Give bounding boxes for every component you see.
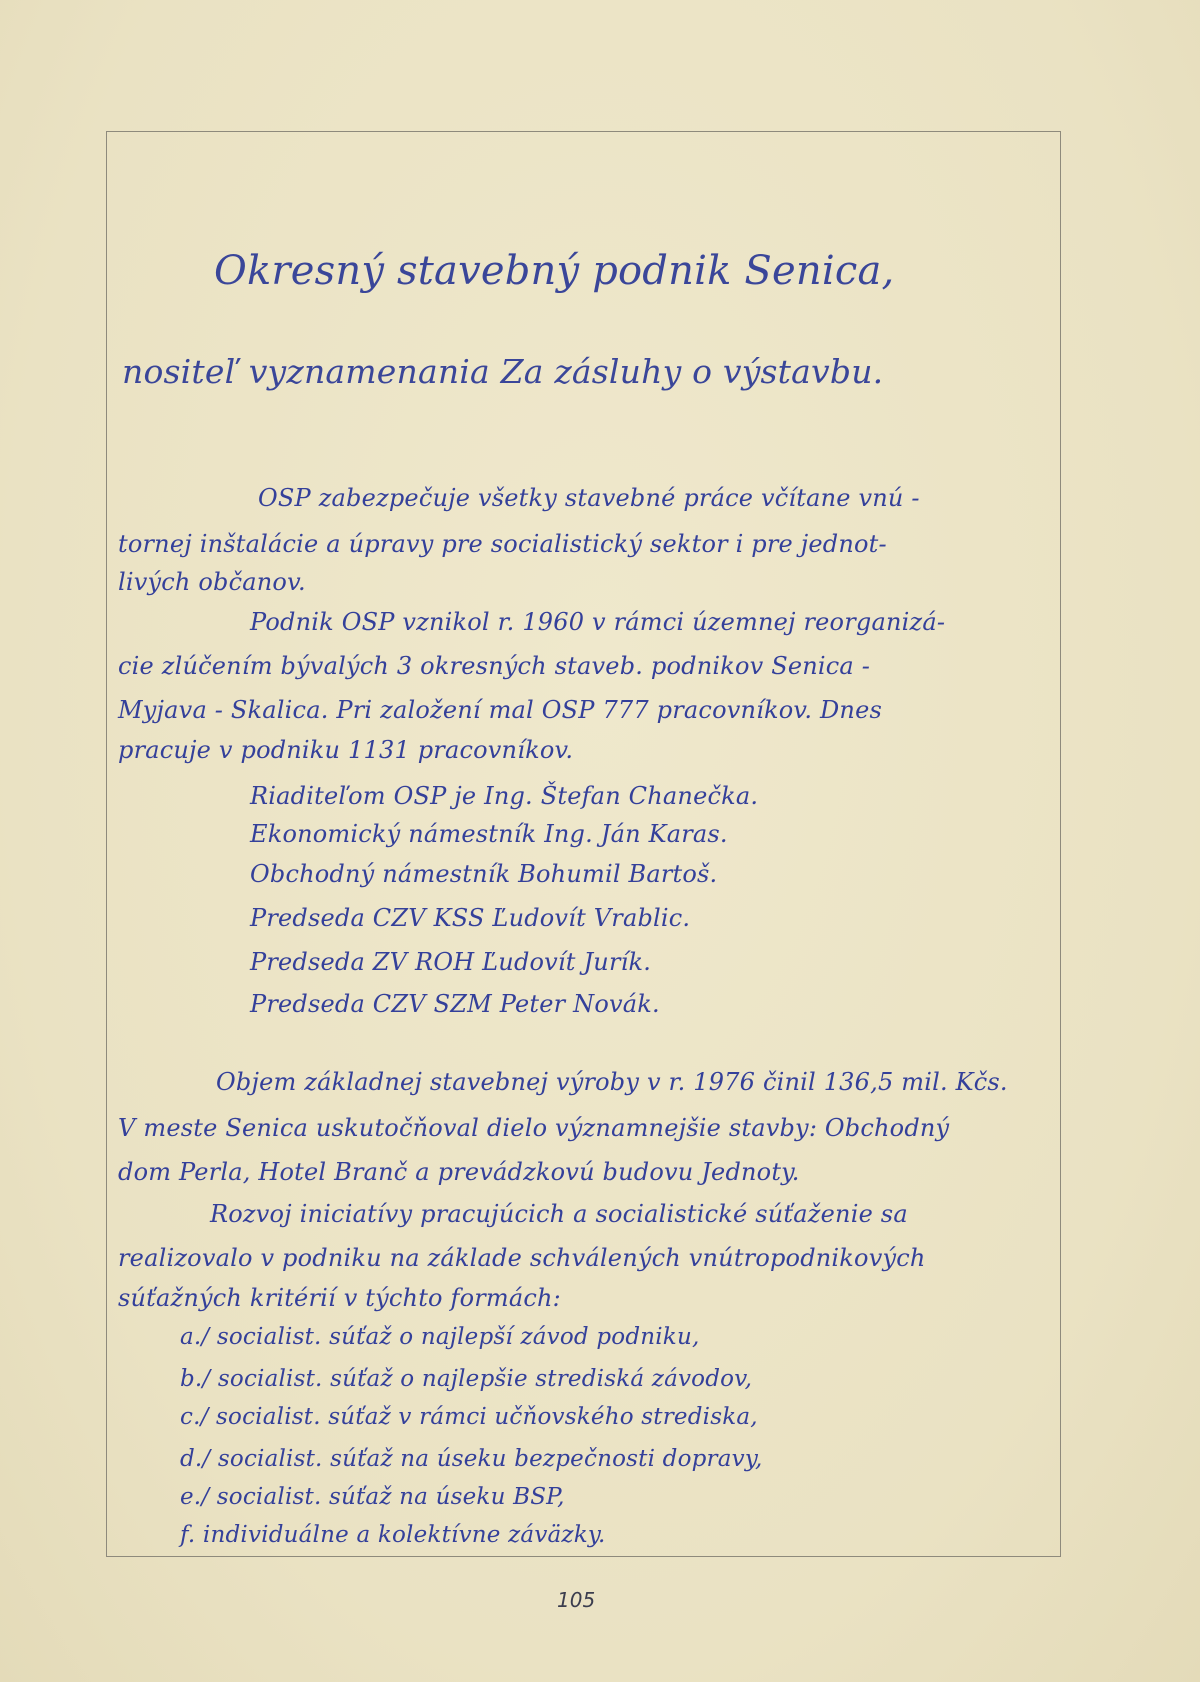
list-item: c./ socialist. súťaž v rámci učňovského …: [180, 1404, 758, 1430]
list-item: a./ socialist. súťaž o najlepší závod po…: [180, 1324, 699, 1350]
official-line: Ekonomický námestník Ing. Ján Karas.: [250, 820, 728, 848]
document-title: Okresný stavebný podnik Senica,: [214, 248, 894, 294]
list-item: d./ socialist. súťaž na úseku bezpečnost…: [180, 1446, 762, 1472]
document-subtitle: nositeľ vyznamenania Za zásluhy o výstav…: [122, 352, 883, 391]
paragraph4-line: realizovalo v podniku na základe schvále…: [118, 1244, 926, 1272]
list-item: f. individuálne a kolektívne záväzky.: [180, 1522, 606, 1548]
paragraph2-line: Podnik OSP vznikol r. 1960 v rámci územn…: [250, 608, 945, 636]
official-line: Predseda CZV KSS Ľudovít Vrablic.: [250, 904, 690, 932]
notebook-page: Okresný stavebný podnik Senica, nositeľ …: [0, 0, 1200, 1682]
paragraph1-line: OSP zabezpečuje všetky stavebné práce vč…: [258, 484, 920, 512]
paragraph3-line: dom Perla, Hotel Branč a prevádzkovú bud…: [118, 1158, 800, 1186]
list-item: e./ socialist. súťaž na úseku BSP,: [180, 1484, 565, 1510]
official-line: Riaditeľom OSP je Ing. Štefan Chanečka.: [250, 782, 758, 810]
paragraph2-line: Myjava - Skalica. Pri založení mal OSP 7…: [118, 696, 882, 724]
paragraph1-line: tornej inštalácie a úpravy pre socialist…: [118, 530, 887, 558]
paragraph4-line: Rozvoj iniciatívy pracujúcich a socialis…: [210, 1200, 908, 1228]
paragraph2-line: cie zlúčením bývalých 3 okresných staveb…: [118, 652, 870, 680]
list-item: b./ socialist. súťaž o najlepšie stredis…: [180, 1366, 752, 1392]
official-line: Obchodný námestník Bohumil Bartoš.: [250, 860, 717, 888]
paragraph2-line: pracuje v podniku 1131 pracovníkov.: [118, 736, 573, 764]
official-line: Predseda CZV SZM Peter Novák.: [250, 990, 660, 1018]
paragraph1-line: livých občanov.: [118, 568, 306, 596]
paragraph3-line: Objem základnej stavebnej výroby v r. 19…: [216, 1068, 1008, 1096]
official-line: Predseda ZV ROH Ľudovít Jurík.: [250, 948, 651, 976]
page-number: 105: [557, 1588, 595, 1612]
paragraph3-line: V meste Senica uskutočňoval dielo význam…: [118, 1114, 949, 1142]
paragraph4-line: súťažných kritérií v týchto formách:: [118, 1284, 561, 1312]
